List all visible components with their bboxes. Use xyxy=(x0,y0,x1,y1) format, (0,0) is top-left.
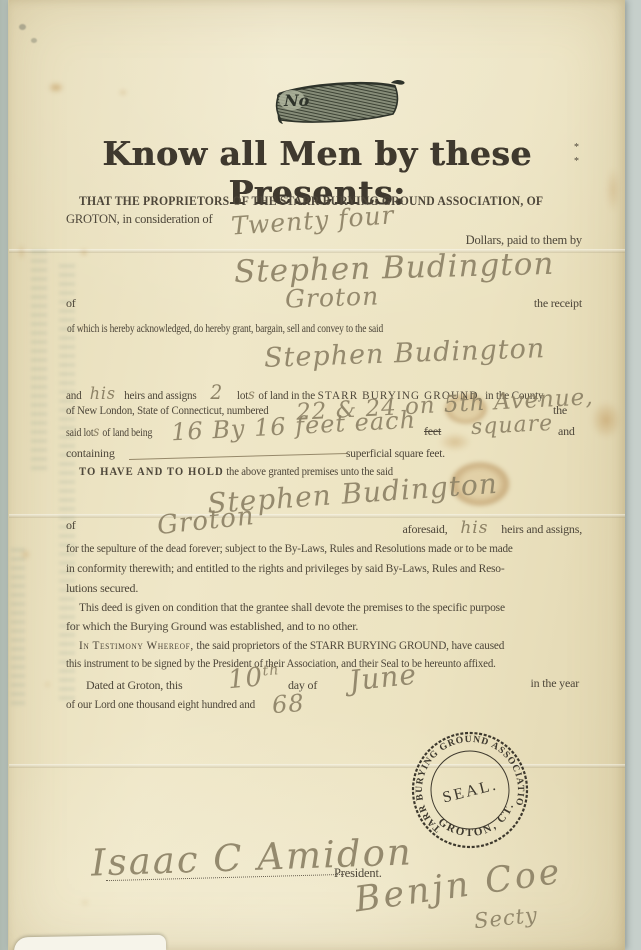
bleedthrough-text-shadow xyxy=(11,545,25,705)
lot-line-3: said lots of land being xyxy=(66,424,171,440)
seal-center-text: SEAL. xyxy=(441,776,500,806)
square-handwriting: square xyxy=(470,411,553,440)
inserted-s-handwriting: s xyxy=(248,387,256,403)
grantee-name-handwriting-2: Stephen Budington xyxy=(264,333,546,374)
lutions-line: lutions secured. xyxy=(66,581,138,596)
ribbon-curl-right xyxy=(391,80,405,85)
bleedthrough-text-shadow xyxy=(31,250,47,470)
acknowledgement-line: of which is hereby acknowledged, do here… xyxy=(67,321,467,336)
ink-speck xyxy=(19,24,26,30)
struck-feet-word: feet xyxy=(424,424,441,439)
banner-no-label: No xyxy=(283,91,310,110)
scanned-deed-page: No Know all Men by these Presents: THAT … xyxy=(0,0,641,950)
sepulture-line: for the sepulture of the dead forever; s… xyxy=(66,541,546,556)
foxing-stain xyxy=(45,80,67,95)
to-have-caps: TO HAVE AND TO HOLD xyxy=(79,464,224,478)
word-lot: lot xyxy=(237,388,248,402)
underlying-card-corner xyxy=(14,935,166,950)
foxing-stain xyxy=(79,248,89,257)
aforesaid-line: aforesaid, his heirs and assigns, xyxy=(66,518,582,538)
word-and: and xyxy=(66,388,82,402)
secretary-title-handwriting: Secty xyxy=(473,903,539,934)
conformity-line: in conformity therewith; and entitled to… xyxy=(66,561,523,576)
condition-line-1: This deed is given on condition that the… xyxy=(79,600,523,615)
testimony-line-2: this instrument to be signed by the Pres… xyxy=(66,656,538,671)
foxing-stain xyxy=(17,242,26,262)
foxing-stain xyxy=(117,88,129,97)
intro-line-2: GROTON, in consideration of xyxy=(66,212,212,227)
heirs-assigns-text-2: heirs and assigns, xyxy=(501,522,582,536)
testimony-rest: the said proprietors of the STARR BURYIN… xyxy=(196,638,504,652)
dated-line-2: of our Lord one thousand eight hundred a… xyxy=(66,697,269,712)
his-handwriting-2: his xyxy=(460,518,488,538)
dated-line-1c: in the year xyxy=(66,676,579,691)
inserted-s-handwriting: s xyxy=(93,424,100,440)
receipt-label: the receipt xyxy=(66,296,582,311)
grantee-name-handwriting-1: Stephen Budington xyxy=(234,246,555,290)
margin-asterisk: * xyxy=(574,156,579,167)
ink-speck xyxy=(31,38,37,43)
in-testimony-smallcaps: In Testimony Whereof, xyxy=(79,638,194,652)
foxing-stain xyxy=(79,898,91,907)
superficial-text: superficial square feet. xyxy=(346,446,450,461)
year-handwriting: 68 xyxy=(271,689,305,719)
svg-text:STARR BURYING GROUND ASSOCIATI: STARR BURYING GROUND ASSOCIATION, xyxy=(389,709,533,841)
deed-paper-sheet: No Know all Men by these Presents: THAT … xyxy=(8,0,625,950)
his-handwriting: his xyxy=(90,384,116,404)
testimony-line-1: In Testimony Whereof, the said proprieto… xyxy=(79,638,531,653)
heirs-assigns-text: heirs and assigns xyxy=(124,388,196,402)
word-and-2: and xyxy=(558,424,575,439)
intro-line-3: Dollars, paid to them by xyxy=(66,233,582,248)
association-seal: STARR BURYING GROUND ASSOCIATION, GROTON… xyxy=(389,709,551,871)
foxing-stain xyxy=(19,548,32,561)
foxing-stain xyxy=(43,680,52,689)
margin-asterisk: * xyxy=(574,142,579,153)
said-lot-text: said lot xyxy=(66,425,93,439)
containing-label: containing xyxy=(66,446,115,461)
condition-line-2: for which the Burying Ground was establi… xyxy=(66,619,358,634)
blank-fill-rule xyxy=(129,453,347,460)
aforesaid-text: aforesaid, xyxy=(403,522,448,536)
seal-arc-top-text: STARR BURYING GROUND ASSOCIATION, xyxy=(389,709,533,841)
lot-count-handwriting: 2 xyxy=(210,380,223,404)
lot-line-2-end: the xyxy=(553,403,567,418)
number-ribbon-banner: No xyxy=(269,78,409,128)
land-being-text: of land being xyxy=(102,425,152,439)
